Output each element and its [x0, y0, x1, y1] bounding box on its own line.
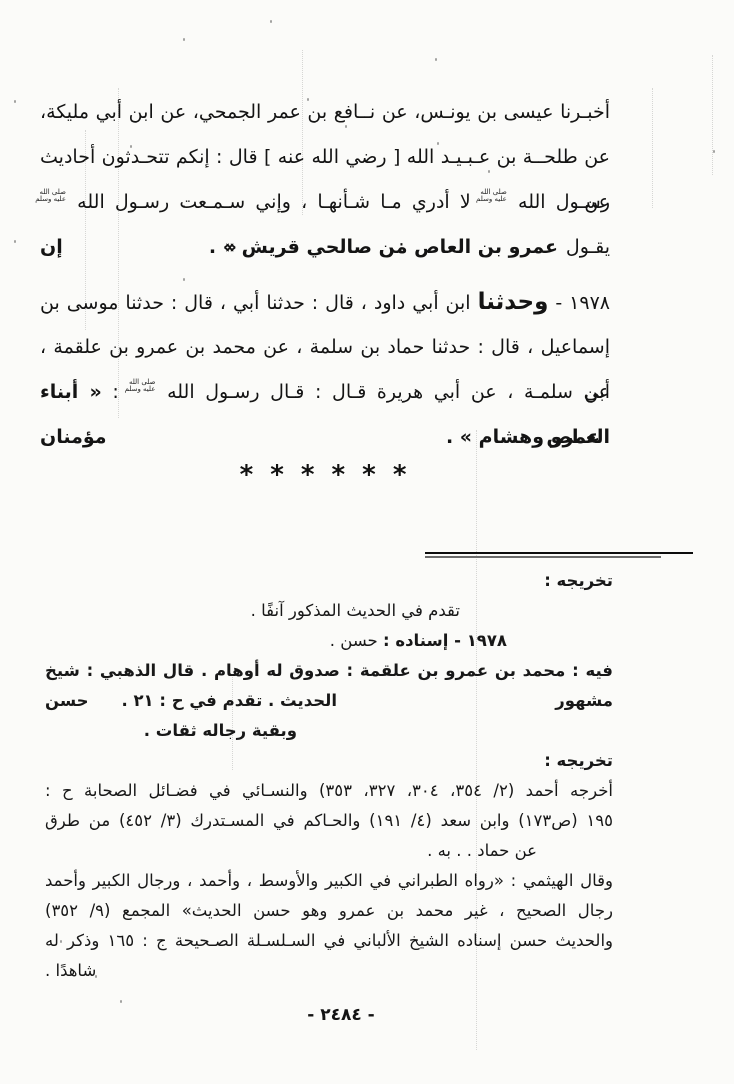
footnote-isnad-label: ١٩٧٨ - إسناده :: [383, 631, 507, 650]
scan-artifact-dot: [14, 100, 16, 103]
hadith-line-3: رسـول الله صلى اللهعليه وسلم لا أدري مـا…: [40, 180, 610, 225]
pbuh-honorific: صلى اللهعليه وسلم: [482, 189, 507, 202]
pbuh-honorific: صلى اللهعليه وسلم: [41, 189, 66, 202]
hadith-quote-start: « إن: [40, 236, 237, 258]
hadith-line-5: ١٩٧٨ - وحدثنا ابن أبي داود ، قال : حدثنا…: [40, 280, 610, 325]
footnote-line-sources-2: ١٩٥ (ص١٧٣) وابن سعد (٤/ ١٩١) والحـاكم في…: [45, 806, 613, 836]
footnote-takhrij-heading-1: تخريجه :: [45, 566, 613, 596]
scan-artifact-line: [712, 55, 713, 175]
footnote-line-isnad-grade: ١٩٧٨ - إسناده : حسن .: [45, 626, 613, 656]
scan-artifact-dot: [435, 58, 437, 61]
footnote-line-haythami-1: وقال الهيثمي : «رواه الطبراني في الكبير …: [45, 866, 613, 896]
scan-artifact-dot: [183, 38, 185, 41]
narration-catchword: وحدثنا: [478, 289, 549, 315]
footnote-line-albani: والحديث حسن إسناده الشيخ الألباني في الس…: [45, 926, 613, 956]
hadith-line-6: إسماعيل ، قال : حدثنا حماد بن سلمة ، عن …: [40, 325, 610, 370]
footnote-line-sources-1: أخرجه أحمد (٢/ ٣٥٤، ٣٠٤، ٣٢٧، ٣٥٣) والنس…: [45, 776, 613, 806]
footnote-separator: [425, 552, 693, 558]
hadith-number: ١٩٧٨ -: [555, 292, 610, 314]
hadith-line-1: أخبـرنا عيسى بن يونـس، عن نــافع بن عمر …: [40, 90, 610, 135]
hadith-line-3-text: لا أدري مـا شـأنهـا ، وإني سـمـعت رسـول …: [77, 191, 471, 213]
footnote-line-narrator-note-3: وبقية رجاله ثقات .: [45, 716, 613, 746]
hadith-line-7-colon: :: [112, 381, 118, 403]
footnote-isnad-grade-value: حسن .: [330, 631, 378, 650]
footnote-line-narrator-note-1: فيه : محمد بن عمرو بن علقمة : صدوق له أو…: [45, 656, 613, 686]
hadith-line-7: أبي سلمـة ، عن أبي هريرة قـال : قـال رسـ…: [40, 370, 610, 415]
footnote-takhrij-heading-2: تخريجه :: [45, 746, 613, 776]
scan-artifact-dot: [14, 240, 16, 243]
hadith-text-block: أخبـرنا عيسى بن يونـس، عن نــافع بن عمر …: [40, 90, 610, 460]
page-number: - ٢٤٨٤ -: [0, 1002, 708, 1028]
footnote-line-haythami-2: رجال الصحيح ، غير محمد بن عمرو وهو حسن ا…: [45, 896, 613, 926]
footnote-line-witness: شاهدًا .: [45, 956, 613, 986]
scan-artifact-line: [652, 88, 653, 208]
hadith-line-2: عن طلحــة بن عـبـيـد الله [ رضي الله عنه…: [40, 135, 610, 180]
section-divider-stars: * * * * * *: [40, 460, 610, 490]
hadith-line-3-text: رسـول الله: [518, 191, 610, 213]
footnote-separator-rule-bottom: [425, 556, 661, 558]
footnote-line-sources-3: عن حماد . . به .: [45, 836, 613, 866]
hadith-line-7-text: أبي سلمـة ، عن أبي هريرة قـال : قـال رسـ…: [167, 381, 610, 403]
footnote-separator-rule-top: [425, 552, 693, 554]
hadith-line-5-text: ابن أبي داود ، قال : حدثنا أبي ، قال : ح…: [40, 292, 471, 314]
scanned-book-page: أخبـرنا عيسى بن يونـس، عن نــافع بن عمر …: [0, 0, 734, 1084]
scan-artifact-dot: [713, 150, 715, 153]
footnotes-block: تخريجه : تقدم في الحديث المذكور آنفًا . …: [45, 566, 613, 986]
footnote-line-previously-cited: تقدم في الحديث المذكور آنفًا .: [45, 596, 613, 626]
pbuh-honorific: صلى اللهعليه وسلم: [130, 379, 155, 392]
scan-artifact-dot: [270, 20, 272, 23]
